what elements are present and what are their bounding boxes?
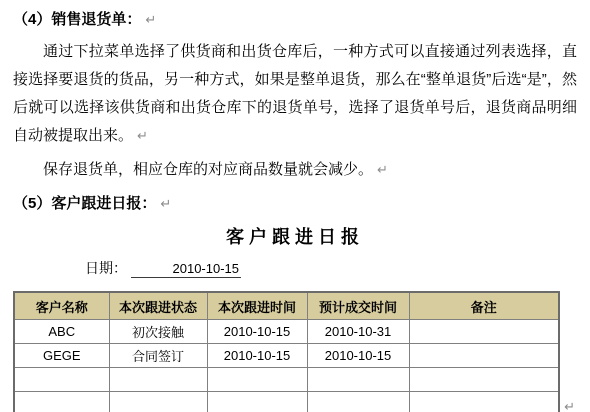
cell-followup-time bbox=[207, 392, 307, 412]
document-page: （4）销售退货单：↵ 通过下拉菜单选择了供货商和出货仓库后，一种方式可以直接通过… bbox=[0, 0, 590, 412]
column-header-followup-status: 本次跟进状态 bbox=[109, 292, 207, 320]
cell-customer-name: ABC bbox=[14, 320, 109, 344]
column-header-remarks: 备注 bbox=[409, 292, 559, 320]
paragraph-mark-icon: ↵ bbox=[160, 196, 171, 211]
cell-customer-name bbox=[14, 392, 109, 412]
cell-followup-status: 初次接触 bbox=[109, 320, 207, 344]
column-header-customer-name: 客户名称 bbox=[14, 292, 109, 320]
table-row: ABC 初次接触 2010-10-15 2010-10-31 bbox=[14, 320, 559, 344]
paragraph-mark-icon: ↵ bbox=[137, 128, 148, 143]
cell-expected-close-time: 2010-10-15 bbox=[307, 344, 409, 368]
cell-remarks bbox=[409, 344, 559, 368]
table-row bbox=[14, 368, 559, 392]
cell-followup-status: 合同签订 bbox=[109, 344, 207, 368]
cell-remarks bbox=[409, 320, 559, 344]
date-value: 2010-10-15 bbox=[131, 259, 241, 278]
followup-table: 客户名称 本次跟进状态 本次跟进时间 预计成交时间 备注 ABC 初次接触 20… bbox=[13, 291, 560, 412]
paragraph-sales-return-body: 通过下拉菜单选择了供货商和出货仓库后，一种方式可以直接通过列表选择，直接选择要退… bbox=[13, 38, 577, 150]
section-heading-sales-return: （4）销售退货单：↵ bbox=[13, 10, 577, 30]
cell-remarks bbox=[409, 368, 559, 392]
table-header-row: 客户名称 本次跟进状态 本次跟进时间 预计成交时间 备注 bbox=[14, 292, 559, 320]
paragraph-mark-icon: ↵ bbox=[377, 162, 388, 177]
paragraph-save-return-text: 保存退货单，相应仓库的对应商品数量就会减少。 bbox=[43, 161, 373, 178]
paragraph-save-return-note: 保存退货单，相应仓库的对应商品数量就会减少。↵ bbox=[13, 156, 577, 184]
cell-followup-time bbox=[207, 368, 307, 392]
paragraph-sales-return-text: 通过下拉菜单选择了供货商和出货仓库后，一种方式可以直接通过列表选择，直接选择要退… bbox=[13, 43, 577, 144]
paragraph-mark-icon: ↵ bbox=[564, 399, 575, 412]
cell-remarks bbox=[409, 392, 559, 412]
cell-customer-name bbox=[14, 368, 109, 392]
paragraph-mark-icon: ↵ bbox=[145, 12, 156, 27]
report-date-line: 日期：2010-10-15 bbox=[85, 258, 577, 278]
date-label: 日期： bbox=[85, 260, 127, 276]
cell-followup-time: 2010-10-15 bbox=[207, 320, 307, 344]
section-heading-customer-followup-text: （5）客户跟进日报： bbox=[13, 195, 156, 212]
table-row: GEGE 合同签订 2010-10-15 2010-10-15 bbox=[14, 344, 559, 368]
table-row bbox=[14, 392, 559, 412]
section-heading-customer-followup: （5）客户跟进日报：↵ bbox=[13, 194, 577, 214]
column-header-followup-time: 本次跟进时间 bbox=[207, 292, 307, 320]
section-heading-sales-return-text: （4）销售退货单： bbox=[13, 11, 141, 28]
date-value-text: 2010-10-15 bbox=[173, 261, 240, 276]
cell-expected-close-time bbox=[307, 368, 409, 392]
cell-expected-close-time bbox=[307, 392, 409, 412]
report-title: 客户跟进日报 bbox=[13, 226, 577, 248]
cell-followup-time: 2010-10-15 bbox=[207, 344, 307, 368]
column-header-expected-close-time: 预计成交时间 bbox=[307, 292, 409, 320]
cell-expected-close-time: 2010-10-31 bbox=[307, 320, 409, 344]
cell-followup-status bbox=[109, 392, 207, 412]
cell-followup-status bbox=[109, 368, 207, 392]
followup-table-container: 客户名称 本次跟进状态 本次跟进时间 预计成交时间 备注 ABC 初次接触 20… bbox=[13, 291, 577, 412]
cell-customer-name: GEGE bbox=[14, 344, 109, 368]
